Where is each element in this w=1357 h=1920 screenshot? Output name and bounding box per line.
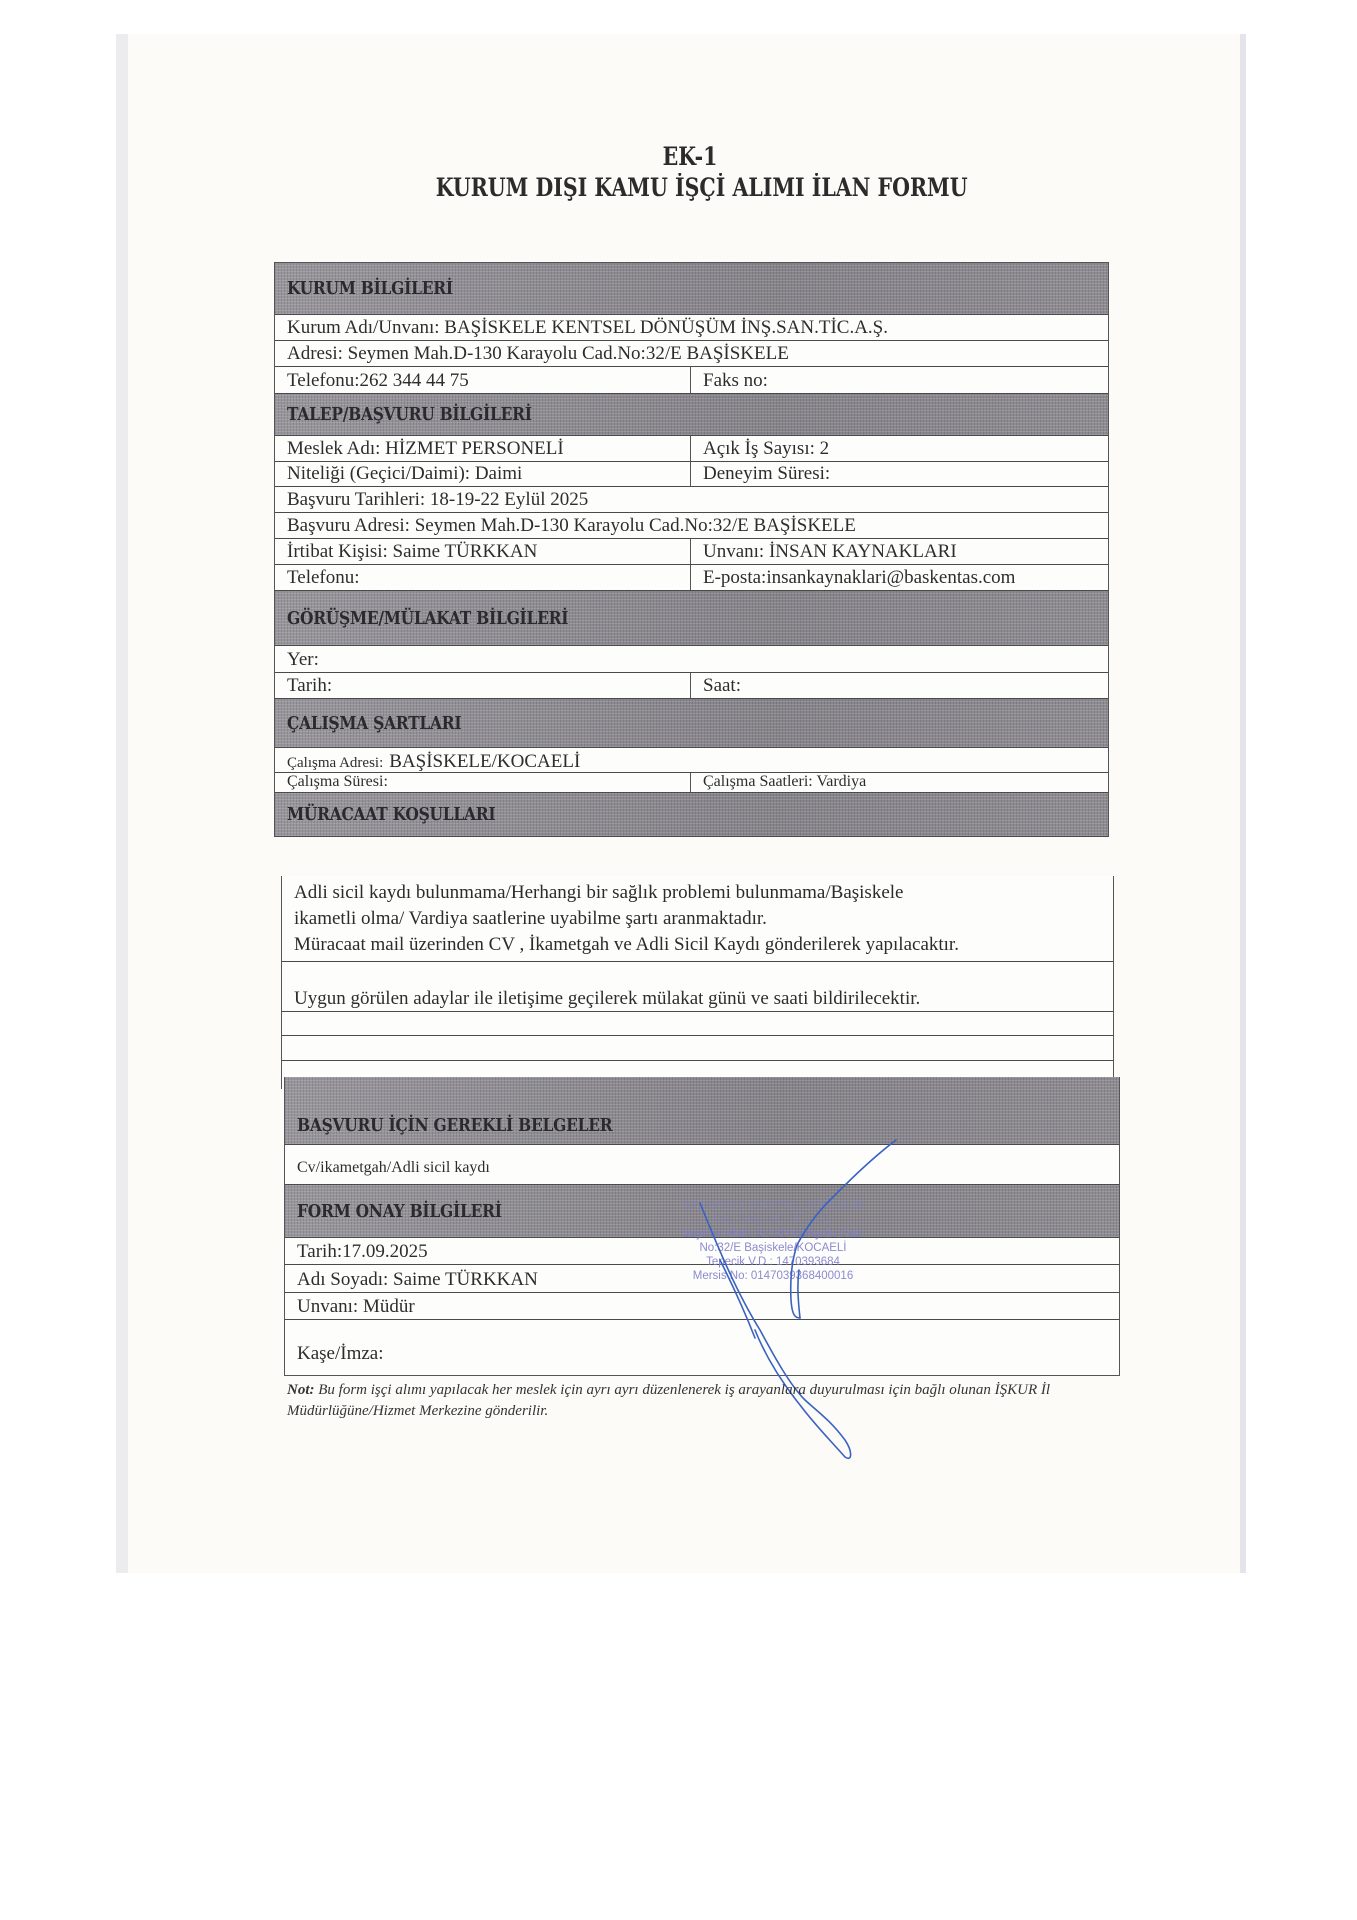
field-adres: Adresi: Seymen Mah.D-130 Karayolu Cad.No… xyxy=(275,341,1108,366)
field-kase-imza: Kaşe/İmza: xyxy=(285,1320,1119,1375)
condition-line: ikametli olma/ Vardiya saatlerine uyabil… xyxy=(294,906,1101,932)
field-eposta: E-posta:insankaynaklari@baskentas.com xyxy=(690,565,1108,590)
row-kase-imza: Kaşe/İmza: xyxy=(285,1320,1119,1375)
row-iletisim: Telefonu: E-posta:insankaynaklari@basken… xyxy=(275,565,1108,591)
row-calisma-adresi: Çalışma Adresi: BAŞİSKELE/KOCAELİ xyxy=(275,748,1108,773)
row-kurum-adi: Kurum Adı/Unvanı: BAŞİSKELE KENTSEL DÖNÜ… xyxy=(275,315,1108,341)
field-tarih: Tarih: xyxy=(275,673,690,698)
field-onay-unvani: Unvanı: Müdür xyxy=(285,1293,1119,1319)
field-niteligi: Niteliği (Geçici/Daimi): Daimi xyxy=(275,462,690,486)
field-deneyim-suresi: Deneyim Süresi: xyxy=(690,462,1108,486)
title-block: EK-1 KURUM DIŞI KAMU İŞÇİ ALIMI İLAN FOR… xyxy=(380,142,1000,202)
row-telefon-faks: Telefonu:262 344 44 75 Faks no: xyxy=(275,367,1108,394)
field-faks: Faks no: xyxy=(690,367,1108,393)
section-title: ÇALIŞMA ŞARTLARI xyxy=(287,713,461,734)
row-adres: Adresi: Seymen Mah.D-130 Karayolu Cad.No… xyxy=(275,341,1108,367)
row-muracaat-note: Uygun görülen adaylar ile iletişime geçi… xyxy=(282,962,1113,1012)
section-title: BAŞVURU İÇİN GEREKLİ BELGELER xyxy=(297,1115,612,1136)
stamp-line: BAŞİSKELE KENTSEL DÖNÜŞÜM xyxy=(648,1199,898,1213)
stamp-line: No:32/E Başiskele/KOCAELİ xyxy=(648,1241,898,1255)
section-title: FORM ONAY BİLGİLERİ xyxy=(297,1201,502,1222)
field-yer: Yer: xyxy=(275,646,1108,672)
section-header-calisma: ÇALIŞMA ŞARTLARI xyxy=(275,699,1108,748)
row-empty-1 xyxy=(282,1012,1113,1036)
field-basvuru-adresi: Başvuru Adresi: Seymen Mah.D-130 Karayol… xyxy=(275,513,1108,538)
section-title: GÖRÜŞME/MÜLAKAT BİLGİLERİ xyxy=(287,608,568,629)
row-calisma-sure: Çalışma Süresi: Çalışma Saatleri: Vardiy… xyxy=(275,773,1108,793)
field-kurum-adi: Kurum Adı/Unvanı: BAŞİSKELE KENTSEL DÖNÜ… xyxy=(275,315,1108,340)
field-calisma-suresi: Çalışma Süresi: xyxy=(275,773,690,792)
field-calisma-adresi: Çalışma Adresi: BAŞİSKELE/KOCAELİ xyxy=(275,748,1108,772)
row-nitelik: Niteliği (Geçici/Daimi): Daimi Deneyim S… xyxy=(275,462,1108,487)
row-belgeler: Cv/ikametgah/Adli sicil kaydı xyxy=(285,1145,1119,1185)
form-title: KURUM DIŞI KAMU İŞÇİ ALIMI İLAN FORMU xyxy=(436,173,944,202)
company-stamp: BAŞİSKELE KENTSEL DÖNÜŞÜM İNŞ. SAN. VE T… xyxy=(648,1199,898,1283)
row-basvuru-adresi: Başvuru Adresi: Seymen Mah.D-130 Karayol… xyxy=(275,513,1108,539)
section-header-kurum: KURUM BİLGİLERİ xyxy=(275,263,1108,315)
field-acik-is-sayisi: Açık İş Sayısı: 2 xyxy=(690,436,1108,461)
field-telefon: Telefonu: xyxy=(275,565,690,590)
section-title: TALEP/BAŞVURU BİLGİLERİ xyxy=(287,404,532,425)
section-header-gorusme: GÖRÜŞME/MÜLAKAT BİLGİLERİ xyxy=(275,591,1108,646)
muracaat-note: Uygun görülen adaylar ile iletişime geçi… xyxy=(282,962,1113,1011)
section-header-talep: TALEP/BAŞVURU BİLGİLERİ xyxy=(275,394,1108,436)
field-saat: Saat: xyxy=(690,673,1108,698)
form-table-middle: Adli sicil kaydı bulunmama/Herhangi bir … xyxy=(281,876,1114,1089)
field-calisma-saatleri: Çalışma Saatleri: Vardiya xyxy=(690,773,1108,792)
row-muracaat-kosullari: Adli sicil kaydı bulunmama/Herhangi bir … xyxy=(282,876,1113,962)
row-basvuru-tarihleri: Başvuru Tarihleri: 18-19-22 Eylül 2025 xyxy=(275,487,1108,513)
footer-note-text: Bu form işçi alımı yapılacak her meslek … xyxy=(287,1382,1050,1419)
row-irtibat: İrtibat Kişisi: Saime TÜRKKAN Unvanı: İN… xyxy=(275,539,1108,565)
row-onay-unvani: Unvanı: Müdür xyxy=(285,1293,1119,1320)
footer-note: Not: Bu form işçi alımı yapılacak her me… xyxy=(287,1380,1127,1422)
field-irtibat-kisisi: İrtibat Kişisi: Saime TÜRKKAN xyxy=(275,539,690,564)
section-header-muracaat: MÜRACAAT KOŞULLARI xyxy=(275,793,1108,837)
section-title: KURUM BİLGİLERİ xyxy=(287,278,453,299)
row-meslek: Meslek Adı: HİZMET PERSONELİ Açık İş Say… xyxy=(275,436,1108,462)
section-header-belgeler: BAŞVURU İÇİN GEREKLİ BELGELER xyxy=(285,1077,1119,1145)
row-yer: Yer: xyxy=(275,646,1108,673)
field-meslek-adi: Meslek Adı: HİZMET PERSONELİ xyxy=(275,436,690,461)
stamp-line: Mersis No: 0147039368400016 xyxy=(648,1269,898,1283)
field-unvani: Unvanı: İNSAN KAYNAKLARI xyxy=(690,539,1108,564)
form-table-upper: KURUM BİLGİLERİ Kurum Adı/Unvanı: BAŞİSK… xyxy=(274,262,1109,837)
stamp-line: Seymen Mah. D-130 Karayolu Cad. xyxy=(648,1227,898,1241)
footer-note-label: Not: xyxy=(287,1382,315,1398)
stamp-line: İNŞ. SAN. VE TİC. A.Ş. xyxy=(648,1213,898,1227)
row-tarih-saat: Tarih: Saat: xyxy=(275,673,1108,699)
condition-line: Müracaat mail üzerinden CV , İkametgah v… xyxy=(294,932,1101,958)
annex-label: EK-1 xyxy=(436,142,944,171)
muracaat-text: Adli sicil kaydı bulunmama/Herhangi bir … xyxy=(282,876,1113,962)
section-title: MÜRACAAT KOŞULLARI xyxy=(287,804,495,825)
calisma-adresi-label: Çalışma Adresi: xyxy=(287,748,383,772)
stamp-line: Tepecik V.D.: 1470393684 xyxy=(648,1255,898,1269)
field-basvuru-tarihleri: Başvuru Tarihleri: 18-19-22 Eylül 2025 xyxy=(275,487,1108,512)
condition-line: Adli sicil kaydı bulunmama/Herhangi bir … xyxy=(294,880,1101,906)
field-telefon: Telefonu:262 344 44 75 xyxy=(275,367,690,393)
calisma-adresi-value: BAŞİSKELE/KOCAELİ xyxy=(389,751,580,773)
field-belgeler: Cv/ikametgah/Adli sicil kaydı xyxy=(285,1145,1119,1184)
row-empty-2 xyxy=(282,1036,1113,1061)
